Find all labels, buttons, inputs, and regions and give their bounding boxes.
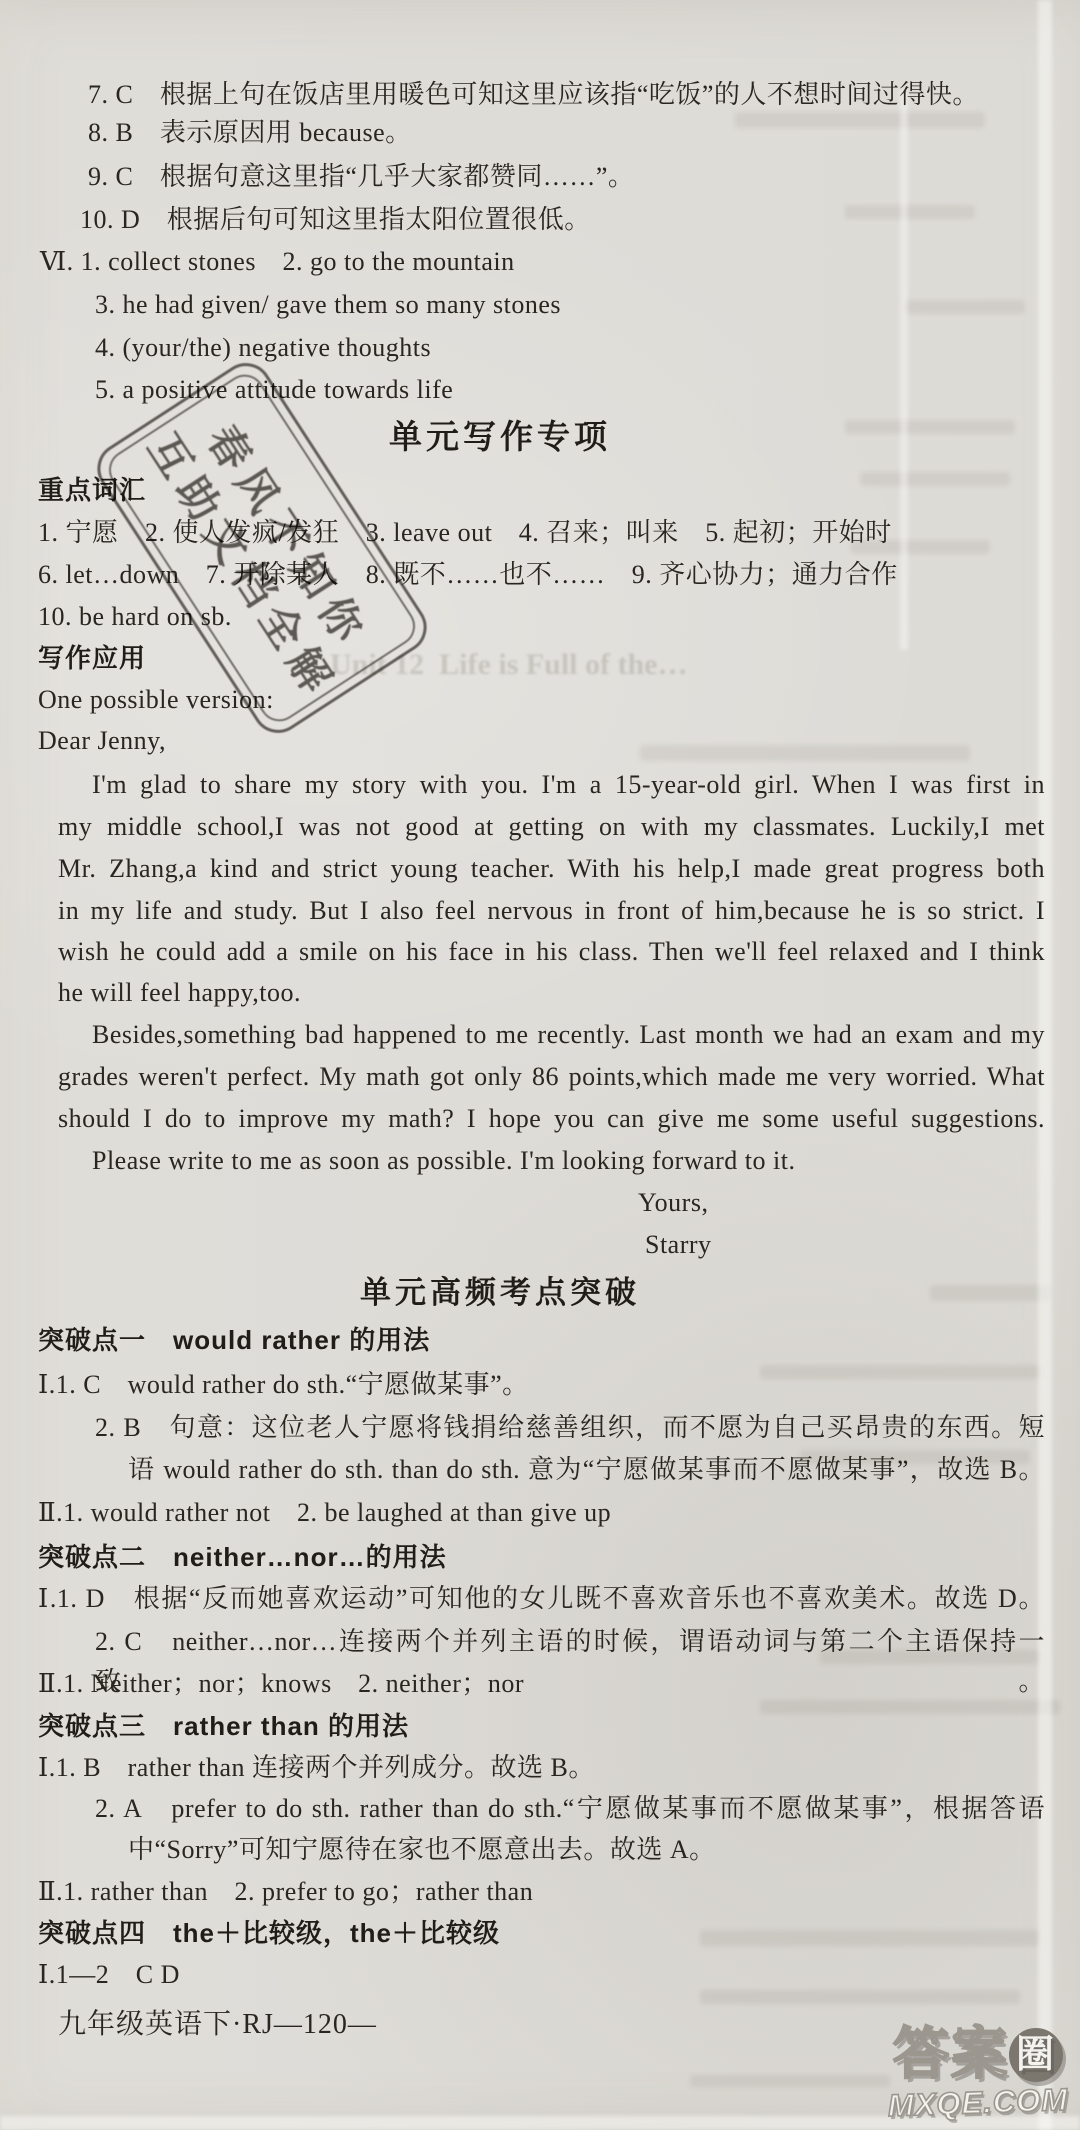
bleedthrough-smudge — [860, 472, 1010, 486]
bleedthrough-smudge — [690, 2075, 890, 2087]
hotspot4-line: Ⅰ.1—2 C D — [38, 1955, 180, 1995]
hotspot3-line: Ⅰ.1. B rather than 连接两个并列成分。故选 B。 — [38, 1748, 595, 1788]
letter-line: grades weren't perfect. My math got only… — [58, 1057, 1045, 1097]
hotspot1-line: Ⅱ.1. would rather not 2. be laughed at t… — [38, 1493, 611, 1533]
hotspot3-line: 中“Sorry”可知宁愿待在家也不愿意出去。故选 A。 — [128, 1830, 716, 1870]
hotspot3-line: Ⅱ.1. rather than 2. prefer to go；rather … — [38, 1872, 533, 1912]
task-vi-line: 4. (your/the) negative thoughts — [95, 328, 431, 368]
bleedthrough-smudge — [760, 1700, 1060, 1714]
site-watermark-logo: 答案圈 MXQE.COM — [878, 2024, 1078, 2120]
hotspot4-heading: 突破点四 the＋比较级，the＋比较级 — [38, 1913, 500, 1953]
hotspot1-line: 语 would rather do sth. than do sth. 意为“宁… — [128, 1450, 1045, 1490]
page-footer: 九年级英语下·RJ—120— — [58, 2005, 377, 2045]
letter-line: Please write to me as soon as possible. … — [58, 1141, 795, 1181]
logo-brand-text: 答案 — [893, 2022, 1009, 2085]
letter-line: wish he could add a smile on his face in… — [58, 932, 1045, 972]
scan-crease — [898, 90, 910, 650]
hotspot2-line: Ⅱ.1. Neither；nor；knows 2. neither；nor — [38, 1664, 524, 1704]
logo-brand: 答案圈 — [878, 2024, 1078, 2084]
hotspot1-line: 2. B 句意：这位老人宁愿将钱捐给慈善组织，而不愿为自己买昂贵的东西。短 — [95, 1408, 1045, 1448]
hotspot1-line: Ⅰ.1. C would rather do sth.“宁愿做某事”。 — [38, 1365, 529, 1405]
letter-line: should I do to improve my math? I hope y… — [58, 1099, 1045, 1139]
answer-line-9: 9. C 根据句意这里指“几乎大家都赞同……”。 — [88, 157, 634, 197]
section-title-hotspots: 单元高频考点突破 — [0, 1269, 1000, 1317]
bleedthrough-smudge — [760, 1365, 1040, 1379]
bleedthrough-smudge — [640, 745, 970, 761]
letter-line: he will feel happy,too. — [58, 973, 301, 1013]
bleedthrough-smudge — [700, 1930, 1040, 1946]
scanned-answer-page: Unit 12 Life is Full of the… 7. C 根据上句在饭… — [0, 0, 1080, 2130]
letter-signature: Starry — [645, 1225, 712, 1265]
answer-line-10: 10. D 根据后句可知这里指太阳位置很低。 — [80, 200, 591, 240]
bleedthrough-smudge — [905, 300, 1025, 314]
letter-salutation: Dear Jenny, — [38, 721, 166, 761]
letter-closing: Yours, — [638, 1183, 708, 1223]
logo-circle-badge: 圈 — [1009, 2028, 1063, 2082]
task-vi-line: Ⅵ. 1. collect stones 2. go to the mounta… — [40, 242, 515, 282]
application-heading: 写作应用 — [38, 638, 146, 678]
hotspot2-heading: 突破点二 neither…nor…的用法 — [38, 1537, 447, 1577]
logo-site-url: MXQE.COM — [877, 2083, 1078, 2124]
letter-line: my middle school,I was not good at getti… — [58, 807, 1045, 847]
answer-line-8: 8. B 表示原因用 because。 — [88, 113, 412, 153]
letter-line: I'm glad to share my story with you. I'm… — [58, 765, 1045, 805]
stamp-text-line2: 互助文档全解 — [131, 416, 348, 710]
letter-line: Mr. Zhang,a kind and strict young teache… — [58, 849, 1045, 889]
task-vi-line: 3. he had given/ gave them so many stone… — [95, 285, 561, 325]
bleedthrough-smudge — [845, 205, 975, 219]
hotspot1-heading: 突破点一 would rather 的用法 — [38, 1320, 430, 1360]
bleedthrough-smudge — [700, 1990, 1020, 2004]
hotspot2-line: Ⅰ.1. D 根据“反而她喜欢运动”可知他的女儿既不喜欢音乐也不喜欢美术。故选 … — [38, 1579, 1045, 1619]
letter-line: Besides,something bad happened to me rec… — [58, 1015, 1045, 1055]
hotspot3-line: 2. A prefer to do sth. rather than do st… — [95, 1789, 1045, 1829]
letter-line: in my life and study. But I also feel ne… — [58, 891, 1045, 931]
hotspot3-heading: 突破点三 rather than 的用法 — [38, 1706, 409, 1746]
answer-line-7: 7. C 根据上句在饭店里用暖色可知这里应该指“吃饭”的人不想时间过得快。 — [88, 75, 979, 115]
